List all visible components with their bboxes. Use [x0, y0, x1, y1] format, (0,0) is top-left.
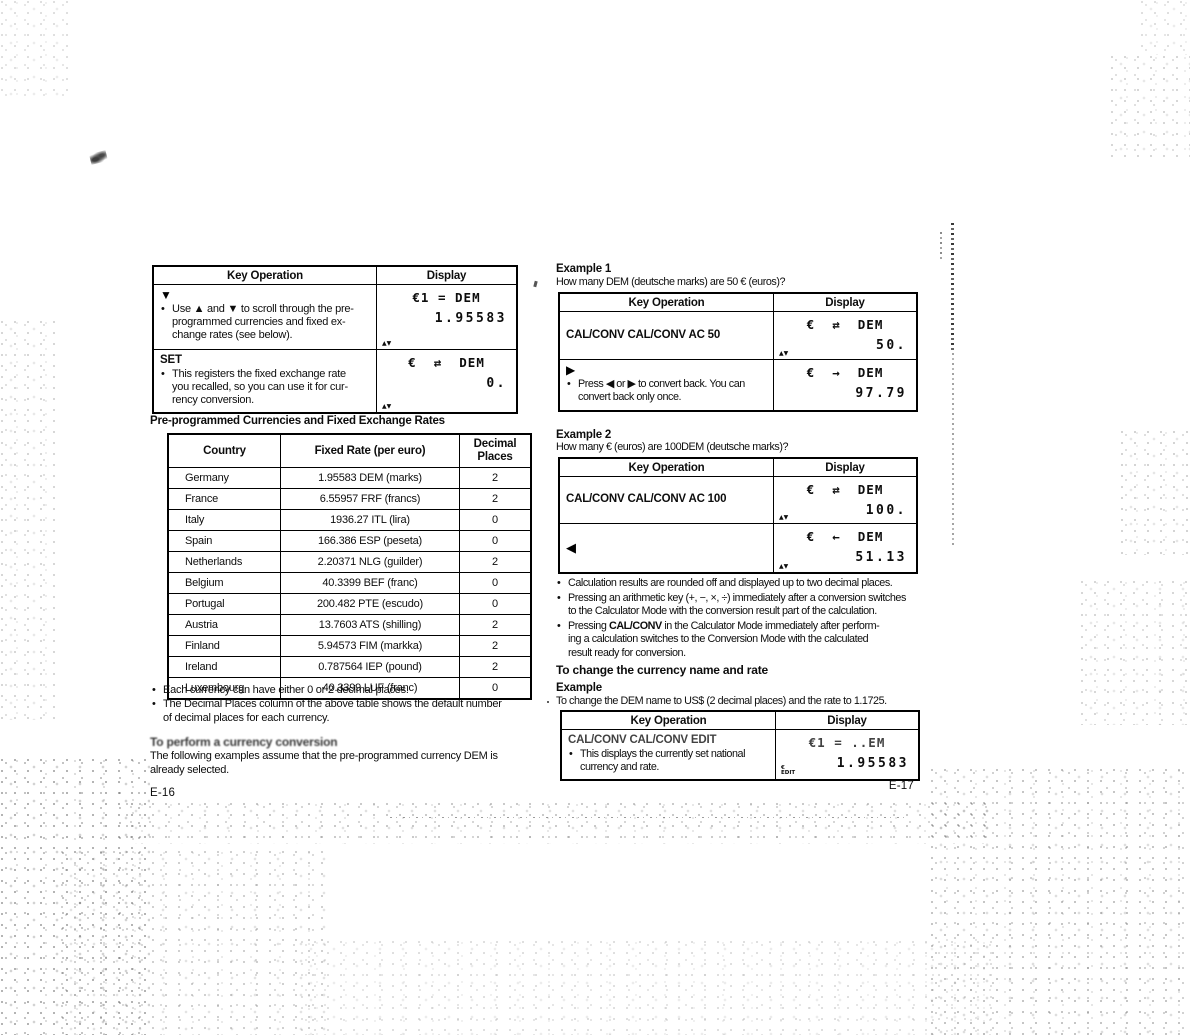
- column-header-key-operation: Key Operation: [562, 712, 775, 729]
- key-sequence-label: CAL/CONV CAL/CONV EDIT: [568, 734, 771, 747]
- country-cell: Belgium: [168, 573, 281, 594]
- country-cell: Finland: [168, 636, 281, 657]
- bullet-icon: •: [568, 748, 580, 775]
- display-currency-line: €1 = ..EM: [776, 730, 918, 750]
- scroll-indicator-icon: ▲▼: [779, 515, 788, 520]
- table-row: Austria13.7603 ATS (shilling)2: [168, 615, 531, 636]
- calculator-display-cell: € ⇄ DEM 0. ▲▼: [376, 350, 516, 412]
- bullet-icon: •: [556, 592, 568, 619]
- scan-noise: [300, 940, 1000, 1035]
- display-currency-line: € ⇄ DEM: [774, 312, 916, 332]
- key-operation-cell: ▼ •Use ▲ and ▼ to scroll through the pre…: [154, 285, 376, 349]
- rate-cell: 166.386 ESP (peseta): [281, 531, 460, 552]
- column-header-fixed-rate: Fixed Rate (per euro): [281, 434, 460, 468]
- display-value: 1.95583: [776, 756, 918, 771]
- country-cell: Netherlands: [168, 552, 281, 573]
- table-row: ▼ •Use ▲ and ▼ to scroll through the pre…: [154, 284, 516, 349]
- scan-noise: [1110, 55, 1190, 160]
- bullet-icon: •: [160, 368, 172, 408]
- scan-artifact-binding: [951, 223, 954, 353]
- country-cell: France: [168, 489, 281, 510]
- scroll-indicator-icon: ▲▼: [382, 341, 391, 346]
- note-text: Calculation results are rounded off and …: [568, 577, 892, 591]
- column-header-key-operation: Key Operation: [154, 267, 376, 284]
- table-row: ▶ •Press ◀ or ▶ to convert back. You can…: [560, 359, 916, 410]
- table-header-row: Key Operation Display: [562, 712, 918, 729]
- column-header-display: Display: [376, 267, 516, 284]
- column-header-display: Display: [773, 294, 916, 311]
- change-section-heading: To change the currency name and rate: [556, 663, 768, 677]
- display-value: 51.13: [774, 550, 916, 565]
- note-text-segment: Pressing: [568, 620, 609, 632]
- note-text: Pressing CAL/CONV in the Calculator Mode…: [568, 620, 879, 661]
- table-row: SET •This registers the fixed exchange r…: [154, 349, 516, 412]
- rate-cell: 13.7603 ATS (shilling): [281, 615, 460, 636]
- display-currency-line: € → DEM: [774, 360, 916, 380]
- example1-question: How many DEM (deutsche marks) are 50 € (…: [556, 276, 785, 290]
- table-row: CAL/CONV CAL/CONV EDIT •This displays th…: [562, 729, 918, 779]
- scan-noise: [1140, 0, 1190, 55]
- column-header-key-operation: Key Operation: [560, 294, 773, 311]
- display-value: 0.: [377, 376, 516, 391]
- country-cell: Austria: [168, 615, 281, 636]
- rate-cell: 200.482 PTE (escudo): [281, 594, 460, 615]
- edit-indicator-icon: € EDIT: [781, 766, 795, 776]
- key-operation-description: This displays the currently set national…: [580, 748, 745, 775]
- table-header-row: Key Operation Display: [154, 267, 516, 284]
- calculator-display-cell: € → DEM 97.79: [773, 360, 916, 410]
- bullet-icon: •: [566, 378, 578, 405]
- rate-cell: 5.94573 FIM (markka): [281, 636, 460, 657]
- rate-cell: 1936.27 ITL (lira): [281, 510, 460, 531]
- calculator-display-cell: €1 = DEM 1.95583 ▲▼: [376, 285, 516, 349]
- display-value: 1.95583: [377, 311, 516, 326]
- scan-noise: [0, 320, 55, 720]
- scan-noise: [125, 802, 990, 844]
- scan-noise: [1120, 430, 1190, 555]
- scan-speck: [533, 281, 537, 288]
- column-header-key-operation: Key Operation: [560, 459, 773, 476]
- key-operation-cell: SET •This registers the fixed exchange r…: [154, 350, 376, 412]
- decimal-cell: 2: [460, 489, 532, 510]
- decimal-cell: 0: [460, 531, 532, 552]
- table-row: Portugal200.482 PTE (escudo)0: [168, 594, 531, 615]
- decimal-cell: 0: [460, 510, 532, 531]
- decimal-notes-list: •Each currency can have either 0 or 2 de…: [151, 683, 536, 725]
- scan-artifact-line: [390, 817, 910, 818]
- country-cell: Spain: [168, 531, 281, 552]
- down-arrow-key-icon: ▼: [160, 289, 372, 302]
- convert-section-heading: To perform a currency conversion: [150, 735, 337, 749]
- scan-artifact-tick: [940, 232, 942, 260]
- scan-noise: [0, 758, 150, 1035]
- change-example-text: To change the DEM name to US$ (2 decimal…: [556, 695, 887, 709]
- bullet-icon: •: [151, 684, 163, 697]
- convert-paragraph: The following examples assume that the p…: [150, 750, 498, 777]
- decimal-cell: 2: [460, 657, 532, 678]
- key-operation-cell: CAL/CONV CAL/CONV EDIT •This displays th…: [562, 730, 775, 779]
- example2-table: Key Operation Display CAL/CONV CAL/CONV …: [558, 457, 918, 574]
- table-row: CAL/CONV CAL/CONV AC 100 € ⇄ DEM 100. ▲▼: [560, 476, 916, 523]
- display-value: 97.79: [774, 386, 916, 401]
- display-currency-line: € ⇄ DEM: [774, 477, 916, 497]
- rates-section-heading: Pre-programmed Currencies and Fixed Exch…: [150, 415, 445, 427]
- column-header-decimal-places: Decimal Places: [460, 434, 532, 468]
- table-header-row: Key Operation Display: [560, 294, 916, 311]
- set-key-label: SET: [160, 354, 372, 367]
- scan-noise: [60, 850, 330, 1035]
- key-operation-description: Use ▲ and ▼ to scroll through the pre- p…: [172, 303, 354, 343]
- display-value: 100.: [774, 503, 916, 518]
- display-currency-line: €1 = DEM: [377, 285, 516, 305]
- edit-table: Key Operation Display CAL/CONV CAL/CONV …: [560, 710, 920, 781]
- key-sequence-label: CAL/CONV CAL/CONV AC 100: [566, 493, 726, 506]
- conversion-notes-list: •Calculation results are rounded off and…: [556, 576, 961, 661]
- right-arrow-key-icon: ▶: [566, 364, 769, 377]
- note-text: Pressing an arithmetic key (+, −, ×, ÷) …: [568, 592, 906, 619]
- country-cell: Germany: [168, 468, 281, 489]
- currency-rates-table: Country Fixed Rate (per euro) Decimal Pl…: [167, 433, 532, 700]
- table-row: Belgium40.3399 BEF (franc)0: [168, 573, 531, 594]
- key-operation-cell: CAL/CONV CAL/CONV AC 50: [560, 312, 773, 359]
- display-value: 50.: [774, 338, 916, 353]
- rate-cell: 1.95583 DEM (marks): [281, 468, 460, 489]
- scanned-manual-spread: Key Operation Display ▼ •Use ▲ and ▼ to …: [0, 0, 1190, 1035]
- scroll-indicator-icon: ▲▼: [382, 404, 391, 409]
- key-sequence-label: CAL/CONV CAL/CONV AC 50: [566, 329, 720, 342]
- example1-title: Example 1: [556, 263, 611, 275]
- table-row: Germany1.95583 DEM (marks)2: [168, 468, 531, 489]
- decimal-cell: 2: [460, 636, 532, 657]
- bullet-icon: •: [556, 620, 568, 661]
- scroll-indicator-icon: ▲▼: [779, 351, 788, 356]
- table-row: France6.55957 FRF (francs)2: [168, 489, 531, 510]
- country-cell: Italy: [168, 510, 281, 531]
- scan-noise: [930, 768, 1190, 1035]
- note-text: Each currency can have either 0 or 2 dec…: [163, 684, 409, 697]
- note-text: The Decimal Places column of the above t…: [163, 698, 502, 725]
- bullet-icon: •: [151, 698, 163, 725]
- decimal-cell: 0: [460, 594, 532, 615]
- scroll-indicator-icon: ▲▼: [779, 564, 788, 569]
- rate-cell: 40.3399 BEF (franc): [281, 573, 460, 594]
- rate-cell: 6.55957 FRF (francs): [281, 489, 460, 510]
- key-operation-cell: ▶ •Press ◀ or ▶ to convert back. You can…: [560, 360, 773, 410]
- calculator-display-cell: €1 = ..EM 1.95583 € EDIT: [775, 730, 918, 779]
- table-row: Finland5.94573 FIM (markka)2: [168, 636, 531, 657]
- table-row: Italy1936.27 ITL (lira)0: [168, 510, 531, 531]
- scan-smudge: [89, 150, 108, 165]
- scan-noise: [0, 0, 70, 100]
- change-example-label: Example: [556, 682, 602, 694]
- cal-conv-key-label: CAL/CONV: [609, 620, 662, 632]
- example2-question: How many € (euros) are 100DEM (deutsche …: [556, 441, 788, 455]
- example2-title: Example 2: [556, 429, 611, 441]
- scan-artifact-binding: [952, 353, 954, 548]
- table-row: CAL/CONV CAL/CONV AC 50 € ⇄ DEM 50. ▲▼: [560, 311, 916, 359]
- scan-noise: [1080, 580, 1190, 725]
- key-operation-description: Press ◀ or ▶ to convert back. You can co…: [578, 378, 745, 405]
- key-operation-description: This registers the fixed exchange rate y…: [172, 368, 348, 408]
- decimal-cell: 0: [460, 573, 532, 594]
- rate-cell: 0.787564 IEP (pound): [281, 657, 460, 678]
- column-header-country: Country: [168, 434, 281, 468]
- bullet-icon: •: [160, 303, 172, 343]
- display-currency-line: € ⇄ DEM: [377, 350, 516, 370]
- table-row: Spain166.386 ESP (peseta)0: [168, 531, 531, 552]
- rate-cell: 2.20371 NLG (guilder): [281, 552, 460, 573]
- decimal-cell: 2: [460, 468, 532, 489]
- page-number-left: E-16: [150, 787, 175, 799]
- page-number-right: E-17: [558, 780, 914, 792]
- scan-speck: [547, 701, 549, 703]
- table-header-row: Key Operation Display: [560, 459, 916, 476]
- key-operation-cell: ◀: [560, 524, 773, 572]
- display-currency-line: € ← DEM: [774, 524, 916, 544]
- column-header-display: Display: [773, 459, 916, 476]
- calculator-display-cell: € ⇄ DEM 100. ▲▼: [773, 477, 916, 523]
- table-row: Netherlands2.20371 NLG (guilder)2: [168, 552, 531, 573]
- calculator-display-cell: € ⇄ DEM 50. ▲▼: [773, 312, 916, 359]
- table-row: ◀ € ← DEM 51.13 ▲▼: [560, 523, 916, 572]
- scroll-set-table: Key Operation Display ▼ •Use ▲ and ▼ to …: [152, 265, 518, 414]
- column-header-display: Display: [775, 712, 918, 729]
- decimal-cell: 2: [460, 615, 532, 636]
- country-cell: Ireland: [168, 657, 281, 678]
- table-header-row: Country Fixed Rate (per euro) Decimal Pl…: [168, 434, 531, 468]
- country-cell: Portugal: [168, 594, 281, 615]
- decimal-cell: 2: [460, 552, 532, 573]
- bullet-icon: •: [556, 577, 568, 591]
- calculator-display-cell: € ← DEM 51.13 ▲▼: [773, 524, 916, 572]
- table-row: Ireland0.787564 IEP (pound)2: [168, 657, 531, 678]
- left-arrow-key-icon: ◀: [566, 541, 576, 554]
- example1-table: Key Operation Display CAL/CONV CAL/CONV …: [558, 292, 918, 412]
- key-operation-cell: CAL/CONV CAL/CONV AC 100: [560, 477, 773, 523]
